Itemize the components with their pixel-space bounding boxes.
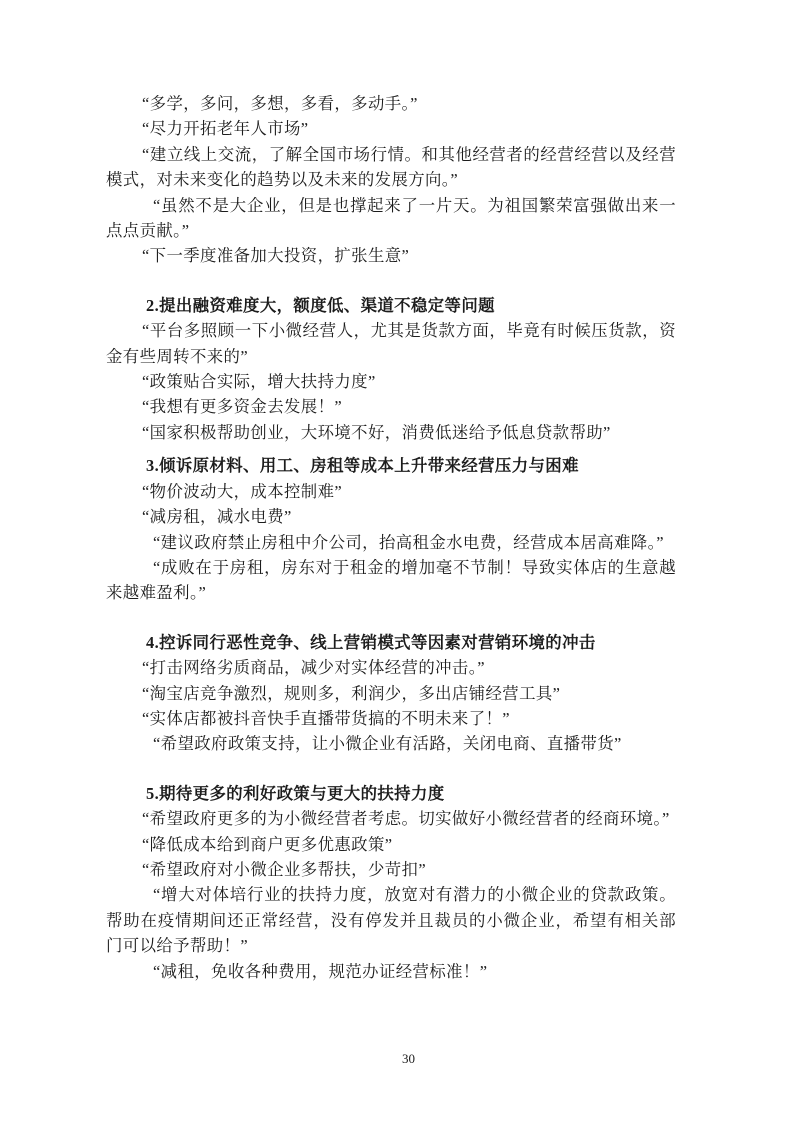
page-number: 30 <box>12 1051 793 1067</box>
quote-paragraph: “物价波动大，成本控制难” <box>106 479 676 504</box>
quote-paragraph: “我想有更多资金去发展！” <box>106 394 676 419</box>
quote-paragraph: “下一季度准备加大投资，扩张生意” <box>106 243 676 268</box>
heading-rising-costs: 3.倾诉原材料、用工、房租等成本上升带来经营压力与困难 <box>106 453 676 478</box>
quote-paragraph: “成败在于房租，房东对于租金的增加毫不节制！导致实体店的生意越来越难盈利。” <box>106 555 676 606</box>
heading-financing-difficulties: 2.提出融资难度大，额度低、渠道不稳定等问题 <box>106 293 676 318</box>
quote-paragraph: “政策贴合实际，增大扶持力度” <box>106 369 676 394</box>
quote-paragraph: “希望政府政策支持，让小微企业有活路，关闭电商、直播带货” <box>106 731 676 756</box>
heading-marketing-environment: 4.控诉同行恶性竞争、线上营销模式等因素对营销环境的冲击 <box>106 630 676 655</box>
section-policy-support-expectations: 5.期待更多的利好政策与更大的扶持力度 “希望政府更多的为小微经营者考虑。切实做… <box>106 781 676 984</box>
quote-paragraph: “增大对体培行业的扶持力度，放宽对有潜力的小微企业的贷款政策。帮助在疫情期间还正… <box>106 882 676 958</box>
quote-paragraph: “减租，免收各种费用，规范办证经营标准！” <box>106 959 676 984</box>
quote-paragraph: “实体店都被抖音快手直播带货搞的不明未来了！” <box>106 706 676 731</box>
quote-paragraph: “尽力开拓老年人市场” <box>106 116 676 141</box>
quote-paragraph: “减房租，减水电费” <box>106 504 676 529</box>
quote-paragraph: “平台多照顾一下小微经营人，尤其是货款方面，毕竟有时候压货款，资金有些周转不来的… <box>106 318 676 369</box>
document-page: “多学，多问，多想，多看，多动手。” “尽力开拓老年人市场” “建立线上交流，了… <box>0 0 793 1122</box>
section-continued-responses: “多学，多问，多想，多看，多动手。” “尽力开拓老年人市场” “建立线上交流，了… <box>106 91 676 269</box>
quote-paragraph: “希望政府对小微企业多帮扶，少苛扣” <box>106 857 676 882</box>
quote-paragraph: “虽然不是大企业，但是也撑起来了一片天。为祖国繁荣富强做出来一点点贡献。” <box>106 193 676 244</box>
quote-paragraph: “建议政府禁止房租中介公司，抬高租金水电费，经营成本居高难降。” <box>106 530 676 555</box>
section-marketing-environment: 4.控诉同行恶性竞争、线上营销模式等因素对营销环境的冲击 “打击网络劣质商品，减… <box>106 630 676 757</box>
quote-paragraph: “国家积极帮助创业，大环境不好，消费低迷给予低息贷款帮助” <box>106 420 676 445</box>
quote-paragraph: “建立线上交流，了解全国市场行情。和其他经营者的经营经营以及经营模式，对未来变化… <box>106 142 676 193</box>
quote-paragraph: “多学，多问，多想，多看，多动手。” <box>106 91 676 116</box>
section-financing-difficulties: 2.提出融资难度大，额度低、渠道不稳定等问题 “平台多照顾一下小微经营人，尤其是… <box>106 293 676 445</box>
document-content: “多学，多问，多想，多看，多动手。” “尽力开拓老年人市场” “建立线上交流，了… <box>106 91 676 984</box>
quote-paragraph: “降低成本给到商户更多优惠政策” <box>106 832 676 857</box>
heading-policy-support: 5.期待更多的利好政策与更大的扶持力度 <box>106 781 676 806</box>
quote-paragraph: “打击网络劣质商品，减少对实体经营的冲击。” <box>106 655 676 680</box>
quote-paragraph: “希望政府更多的为小微经营者考虑。切实做好小微经营者的经商环境。” <box>106 806 676 831</box>
quote-paragraph: “淘宝店竞争激烈，规则多，利润少，多出店铺经营工具” <box>106 681 676 706</box>
section-rising-costs: 3.倾诉原材料、用工、房租等成本上升带来经营压力与困难 “物价波动大，成本控制难… <box>106 453 676 605</box>
